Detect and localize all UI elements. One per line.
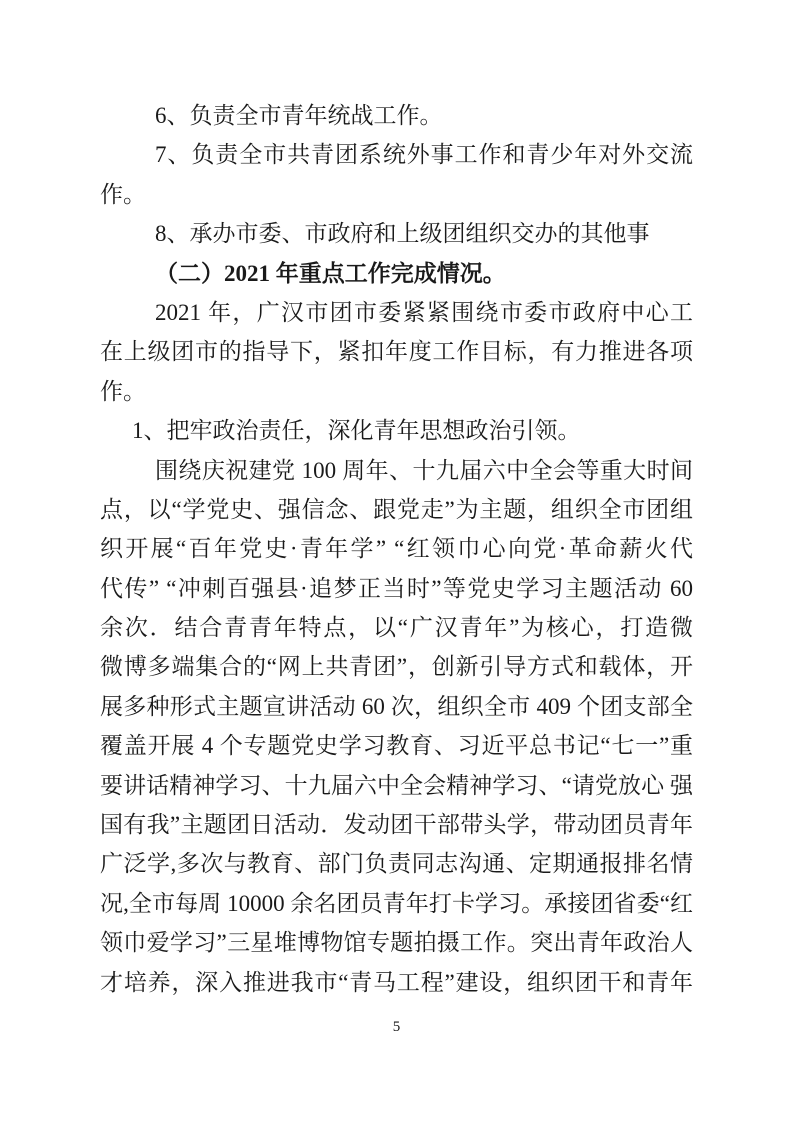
numbered-item-line: 7、负责全市共青团系统外事工作和青少年对外交流工 <box>100 135 693 174</box>
body-line: 围绕庆祝建党 100 周年、十九届六中全会等重大时间节 <box>100 451 693 490</box>
body-line: 才培养，深入推进我市“青马工程”建设，组织团干和青年 <box>100 963 693 1002</box>
body-line: 广泛学,多次与教育、部门负责同志沟通、定期通报排名情 <box>100 844 693 883</box>
body-line: 织开展“百年党史·青年学” “红领巾心向党·革命薪火代 <box>100 529 693 568</box>
body-line: 作。 <box>100 372 693 411</box>
body-line: 在上级团市的指导下，紧扣年度工作目标，有力推进各项工 <box>100 332 693 371</box>
document-page: 6、负责全市青年统战工作。7、负责全市共青团系统外事工作和青少年对外交流工作。8… <box>0 0 793 1122</box>
body-line: 余次．结合青青年特点，以“广汉青年”为核心，打造微信、 <box>100 608 693 647</box>
numbered-item-line: 8、承办市委、市政府和上级团组织交办的其他事项。 <box>100 214 693 253</box>
body-line: 国有我”主题团日活动．发动团干部带头学，带动团员青年 <box>100 805 693 844</box>
document-text-block: 6、负责全市青年统战工作。7、负责全市共青团系统外事工作和青少年对外交流工作。8… <box>100 96 693 1002</box>
body-line: 展多种形式主题宣讲活动 60 次，组织全市 409 个团支部全 <box>100 687 693 726</box>
body-line: 代传” “冲刺百强县·追梦正当时”等党史学习主题活动 60 <box>100 569 693 608</box>
body-line: 要讲话精神学习、十九届六中全会精神学习、“请党放心 强 <box>100 766 693 805</box>
body-line: 覆盖开展 4 个专题党史学习教育、习近平总书记“七一”重 <box>100 726 693 765</box>
body-line: 2021 年，广汉市团市委紧紧围绕市委市政府中心工作， <box>100 293 693 332</box>
body-line: 领巾爱学习”三星堆博物馆专题拍摄工作。突出青年政治人 <box>100 923 693 962</box>
body-line: 况,全市每周 10000 余名团员青年打卡学习。承接团省委“红 <box>100 884 693 923</box>
body-line: 作。 <box>100 175 693 214</box>
section-heading: （二）2021 年重点工作完成情况。 <box>100 254 693 293</box>
subsection-heading: 1、把牢政治责任，深化青年思想政治引领。 <box>100 411 693 450</box>
body-line: 微博多端集合的“网上共青团”，创新引导方式和载体，开 <box>100 647 693 686</box>
numbered-item-line: 6、负责全市青年统战工作。 <box>100 96 693 135</box>
page-number: 5 <box>0 1016 793 1038</box>
body-line: 点，以“学党史、强信念、跟党走”为主题，组织全市团组 <box>100 490 693 529</box>
